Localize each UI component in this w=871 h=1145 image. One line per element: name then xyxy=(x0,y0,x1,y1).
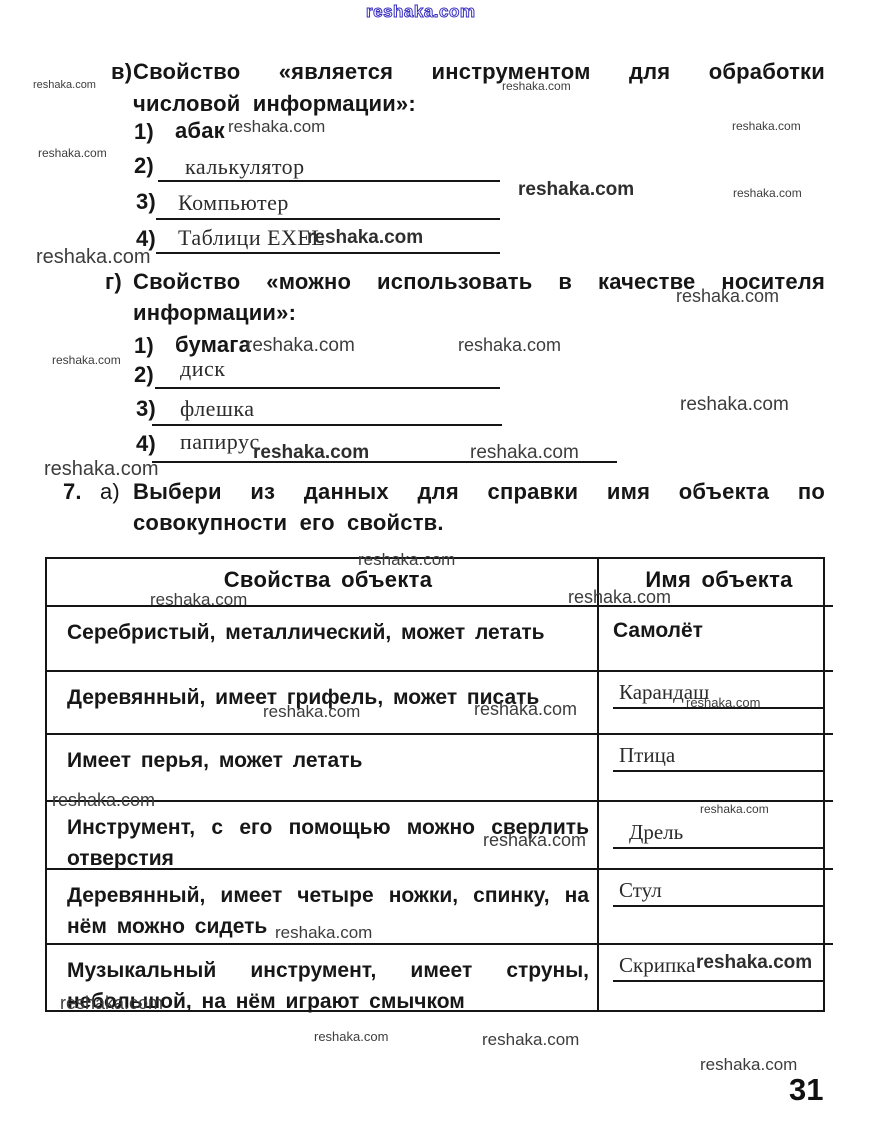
answer-handwritten: диск xyxy=(180,356,225,382)
watermark: reshaka.com xyxy=(60,994,163,1012)
watermark: reshaka.com xyxy=(52,354,121,366)
table-header-properties: Свойства объекта xyxy=(47,559,597,605)
answer-handwritten: папирус xyxy=(180,429,260,455)
section-g-line2: информации»: xyxy=(133,300,296,326)
item-number: 1) xyxy=(134,333,154,359)
object-name-printed: Самолёт xyxy=(613,611,825,643)
table-row: Самолёт xyxy=(597,605,833,670)
watermark: reshaka.com xyxy=(246,336,355,355)
section-g-label: г) xyxy=(105,269,122,295)
object-name-handwritten: Дрель xyxy=(613,816,683,847)
properties-table: Свойства объекта Имя объекта Серебристый… xyxy=(45,557,825,1012)
watermark: reshaka.com xyxy=(502,80,571,92)
answer-handwritten: флешка xyxy=(180,396,255,422)
task-line2: совокупности его свойств. xyxy=(133,510,444,536)
watermark: reshaka.com xyxy=(680,395,789,414)
answer-handwritten: Компьютер xyxy=(178,190,289,216)
task-sub-label: а) xyxy=(100,479,120,505)
watermark: reshaka.com xyxy=(36,247,151,267)
object-name-handwritten: Птица xyxy=(613,739,675,770)
answer-line xyxy=(156,252,500,254)
answer-line xyxy=(155,387,500,389)
table-row: Серебристый, металлический, может летать xyxy=(47,605,597,670)
property-text: Серебристый, металлический, может летать xyxy=(67,611,589,648)
watermark: reshaka.com xyxy=(44,459,159,479)
watermark: reshaka.com xyxy=(696,953,812,972)
watermark: reshaka.com xyxy=(482,1031,579,1048)
watermark: reshaka.com xyxy=(52,791,155,809)
watermark: reshaka.com xyxy=(700,803,769,815)
answer-printed: абак xyxy=(175,118,225,144)
item-number: 2) xyxy=(134,153,154,179)
watermark: reshaka.com xyxy=(366,3,475,20)
watermark: reshaka.com xyxy=(676,287,779,305)
watermark: reshaka.com xyxy=(38,147,107,159)
item-number: 2) xyxy=(134,362,154,388)
object-name-handwritten: Скрипка xyxy=(613,949,695,980)
watermark: reshaka.com xyxy=(470,443,579,462)
answer-line xyxy=(156,218,500,220)
answer-handwritten: Таблици EXEL xyxy=(178,225,325,251)
page-number: 31 xyxy=(789,1072,823,1108)
item-number: 3) xyxy=(136,396,156,422)
watermark: reshaka.com xyxy=(263,703,360,720)
answer-line xyxy=(152,424,502,426)
watermark: reshaka.com xyxy=(458,336,561,354)
watermark: reshaka.com xyxy=(33,80,96,91)
answer-line xyxy=(158,180,500,182)
watermark: reshaka.com xyxy=(733,187,802,199)
table-row: Стул xyxy=(597,868,833,943)
watermark: reshaka.com xyxy=(358,551,455,568)
task-line1: Выбери из данных для справки имя объекта… xyxy=(133,479,825,505)
watermark: reshaka.com xyxy=(275,924,372,941)
watermark: reshaka.com xyxy=(314,1030,388,1043)
watermark: reshaka.com xyxy=(483,831,586,849)
section-v-line2: числовой информации»: xyxy=(133,91,416,117)
watermark: reshaka.com xyxy=(150,591,247,608)
watermark: reshaka.com xyxy=(518,180,634,199)
table-row: Птица xyxy=(597,733,833,800)
watermark: reshaka.com xyxy=(700,1056,797,1073)
object-name-handwritten: Стул xyxy=(613,874,662,905)
task-number: 7. xyxy=(63,479,82,505)
answer-handwritten: калькулятор xyxy=(185,154,305,180)
section-v-label: в) xyxy=(111,59,132,85)
watermark: reshaka.com xyxy=(228,118,325,135)
answer-printed: бумага xyxy=(175,332,251,358)
item-number: 1) xyxy=(134,119,154,145)
watermark: reshaka.com xyxy=(686,696,760,709)
item-number: 3) xyxy=(136,189,156,215)
watermark: reshaka.com xyxy=(474,700,577,718)
watermark: reshaka.com xyxy=(732,120,801,132)
section-v-line1: Свойство «является инструментом для обра… xyxy=(133,59,825,85)
workbook-page: в) Свойство «является инструментом для о… xyxy=(0,0,871,1145)
watermark: reshaka.com xyxy=(253,443,369,462)
watermark: reshaka.com xyxy=(307,228,423,247)
item-number: 4) xyxy=(136,431,156,457)
watermark: reshaka.com xyxy=(568,588,671,606)
property-text: Имеет перья, может летать xyxy=(67,739,589,776)
